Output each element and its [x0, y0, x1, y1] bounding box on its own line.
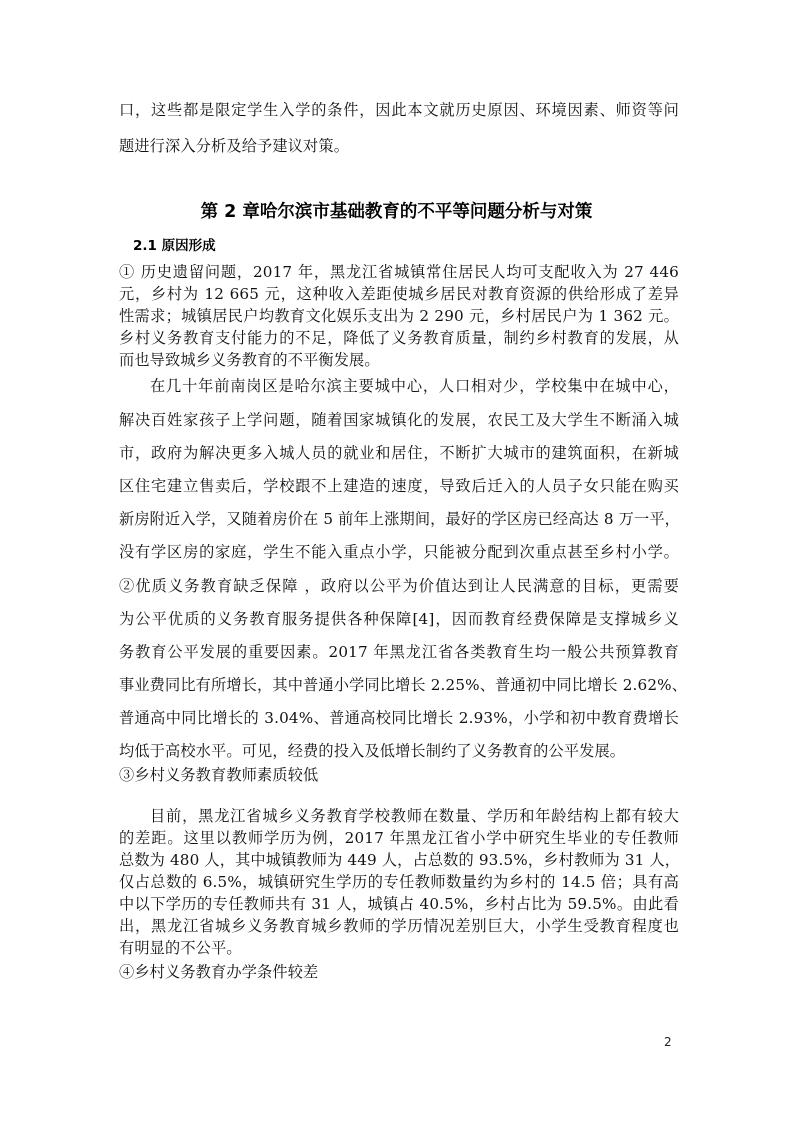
- section-title: 2.1 原因形成: [133, 236, 216, 256]
- text-line: 元，乡村为 12 665 元，这种收入差距使城乡居民对教育资源的供给形成了差异: [119, 284, 679, 304]
- text-line: 务教育公平发展的重要因素。2017 年黑龙江省各类教育生均一般公共预算教育: [119, 642, 679, 662]
- text-line: 总数为 480 人，其中城镇教师为 449 人，占总数的 93.5%，乡村教师为…: [119, 850, 679, 870]
- text-line: 题进行深入分析及给予建议对策。: [119, 136, 679, 156]
- text-line: 性需求；城镇居民户均教育文化娱乐支出为 2 290 元，乡村居民户为 1 362…: [119, 306, 679, 326]
- text-line: 在几十年前南岗区是哈尔滨主要城中心，人口相对少，学校集中在城中心，: [150, 376, 679, 396]
- text-line: 乡村义务教育支付能力的不足，降低了义务教育质量，制约乡村教育的发展，从: [119, 328, 679, 348]
- text-line: 均低于高校水平。可见，经费的投入及低增长制约了义务教育的公平发展。: [119, 741, 679, 761]
- text-line: 没有学区房的家庭，学生不能入重点小学，只能被分配到次重点甚至乡村小学。: [119, 542, 679, 562]
- text-line: 口，这些都是限定学生入学的条件，因此本文就历史原因、环境因素、师资等问: [119, 100, 679, 120]
- text-line: 而也导致城乡义务教育的不平衡发展。: [119, 350, 679, 370]
- text-line: ① 历史遗留问题，2017 年，黑龙江省城镇常住居民人均可支配收入为 27 44…: [119, 262, 679, 282]
- text-line: 事业费同比有所增长，其中普通小学同比增长 2.25%、普通初中同比增长 2.62…: [119, 675, 679, 695]
- chapter-title: 第 2 章哈尔滨市基础教育的不平等问题分析与对策: [0, 200, 793, 224]
- page-number: 2: [664, 1034, 672, 1050]
- text-line: 的差距。这里以教师学历为例，2017 年黑龙江省小学中研究生毕业的专任教师: [119, 828, 679, 848]
- text-line: 解决百姓家孩子上学问题，随着国家城镇化的发展，农民工及大学生不断涌入城: [119, 410, 679, 430]
- text-line: 出，黑龙江省城乡义务教育城乡教师的学历情况差别巨大，小学生受教育程度也: [119, 916, 679, 936]
- text-line: 区住宅建立售卖后，学校跟不上建造的速度，导致后迁入的人员子女只能在购买: [119, 476, 679, 496]
- text-line: 仅占总数的 6.5%，城镇研究生学历的专任教师数量约为乡村的 14.5 倍；具有…: [119, 872, 679, 892]
- document-page: 口，这些都是限定学生入学的条件，因此本文就历史原因、环境因素、师资等问 题进行深…: [0, 0, 793, 1122]
- text-line: 新房附近入学，又随着房价在 5 前年上涨期间，最好的学区房已经高达 8 万一平，: [119, 509, 679, 529]
- text-line: 目前，黑龙江省城乡义务教育学校教师在数量、学历和年龄结构上都有较大: [150, 806, 679, 826]
- text-line: 普通高中同比增长的 3.04%、普通高校同比增长 2.93%，小学和初中教育费增…: [119, 708, 679, 728]
- text-line: 市，政府为解决更多入城人员的就业和居住，不断扩大城市的建筑面积，在新城: [119, 443, 679, 463]
- text-line: ②优质义务教育缺乏保障 ，政府以公平为价值达到让人民满意的目标，更需要: [119, 576, 679, 596]
- text-line: 中以下学历的专任教师共有 31 人，城镇占 40.5%，乡村占比为 59.5%。…: [119, 894, 679, 914]
- text-line: 为公平优质的义务教育服务提供各种保障[4]，因而教育经费保障是支撑城乡义: [119, 609, 679, 629]
- item3-heading: ③乡村义务教育教师素质较低: [119, 765, 679, 785]
- item4-heading: ④乡村义务教育办学条件较差: [119, 962, 679, 982]
- text-line: 有明显的不公平。: [119, 938, 679, 958]
